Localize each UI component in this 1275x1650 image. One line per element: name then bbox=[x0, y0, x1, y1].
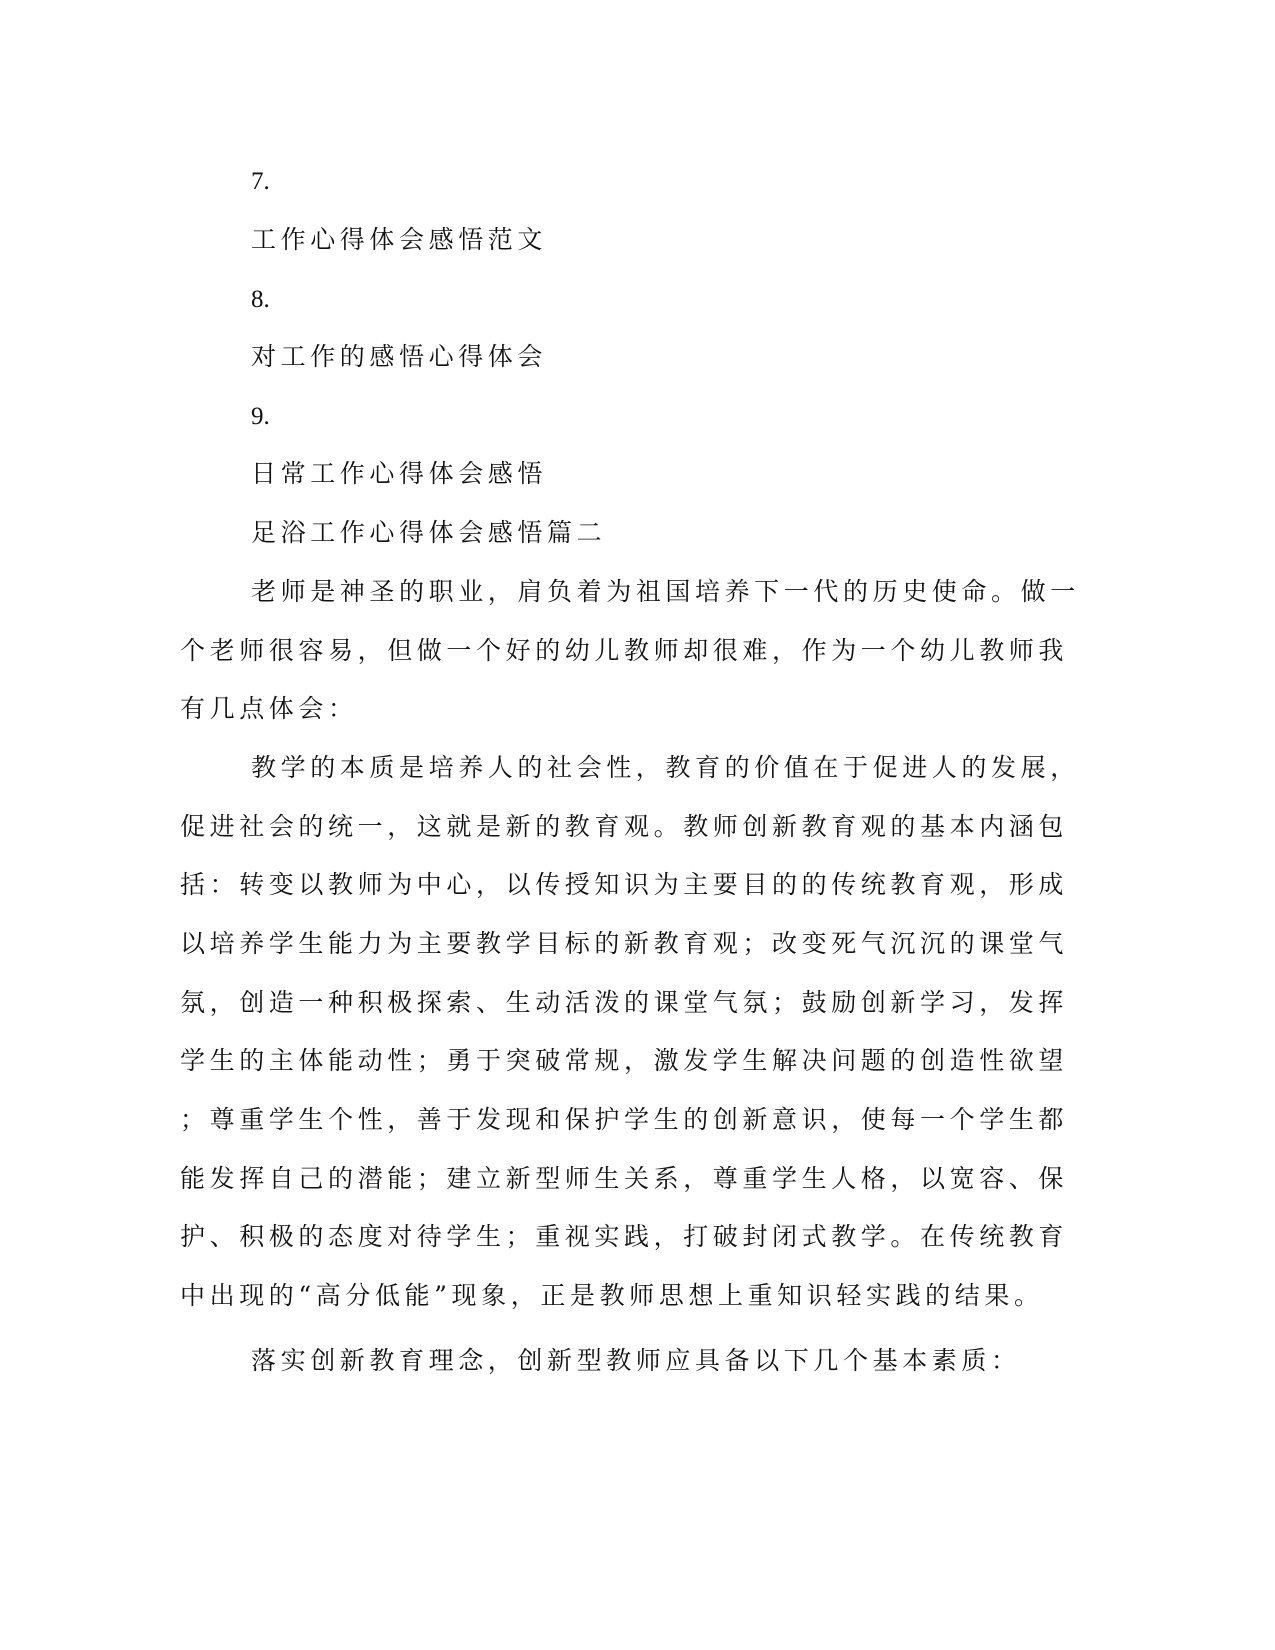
document-page: 7. 工作心得体会感悟范文 8. 对工作的感悟心得体会 9. 日常工作心得体会感… bbox=[0, 0, 1275, 1650]
list-number: 8. bbox=[251, 285, 270, 315]
paragraph-line: 促进社会的统一，这就是新的教育观。教师创新教育观的基本内涵包 bbox=[180, 812, 1068, 842]
paragraph-line: 个老师很容易，但做一个好的幼儿教师却很难，作为一个幼儿教师我 bbox=[180, 636, 1068, 666]
list-number: 9. bbox=[251, 402, 270, 432]
paragraph-line: 有几点体会： bbox=[180, 694, 358, 724]
paragraph-line: 教学的本质是培养人的社会性，教育的价值在于促进人的发展， bbox=[251, 753, 1080, 783]
paragraph-line: 能发挥自己的潜能；建立新型师生关系，尊重学生人格，以宽容、保 bbox=[180, 1164, 1068, 1194]
section-heading: 足浴工作心得体会感悟篇二 bbox=[251, 518, 606, 548]
paragraph-line: 中出现的“高分低能”现象，正是教师思想上重知识轻实践的结果。 bbox=[180, 1281, 1044, 1311]
paragraph-line: 括：转变以教师为中心，以传授知识为主要目的的传统教育观，形成 bbox=[180, 870, 1068, 900]
list-item-title: 对工作的感悟心得体会 bbox=[251, 342, 547, 372]
paragraph-line: 氛，创造一种积极探索、生动活泼的课堂气氛；鼓励创新学习，发挥 bbox=[180, 988, 1068, 1018]
paragraph-line: 护、积极的态度对待学生；重视实践，打破封闭式教学。在传统教育 bbox=[180, 1222, 1068, 1252]
paragraph-line: 学生的主体能动性；勇于突破常规，激发学生解决问题的创造性欲望 bbox=[180, 1046, 1068, 1076]
paragraph-line: 落实创新教育理念，创新型教师应具备以下几个基本素质： bbox=[251, 1346, 1021, 1376]
list-item-title: 工作心得体会感悟范文 bbox=[251, 225, 547, 255]
paragraph-line: ；尊重学生个性，善于发现和保护学生的创新意识，使每一个学生都 bbox=[180, 1105, 1068, 1135]
list-number: 7. bbox=[251, 167, 270, 197]
list-item-title: 日常工作心得体会感悟 bbox=[251, 459, 547, 489]
paragraph-line: 老师是神圣的职业，肩负着为祖国培养下一代的历史使命。做一 bbox=[251, 577, 1080, 607]
paragraph-line: 以培养学生能力为主要教学目标的新教育观；改变死气沉沉的课堂气 bbox=[180, 929, 1068, 959]
